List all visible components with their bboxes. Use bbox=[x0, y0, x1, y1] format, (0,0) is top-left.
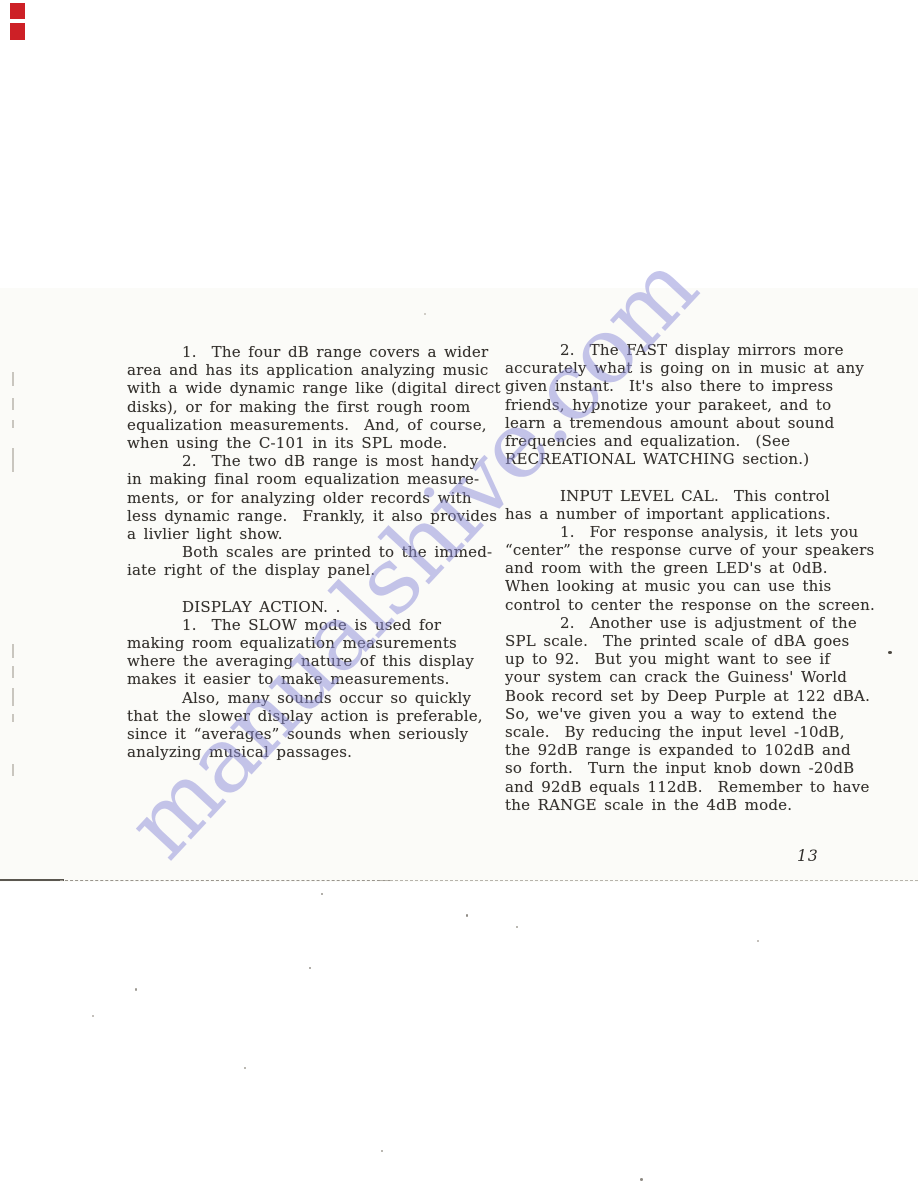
scan-edge-tick bbox=[12, 644, 14, 658]
text-line: up to 92. But you might want to see if bbox=[505, 650, 847, 668]
text-line: equalization measurements. And, of cours… bbox=[127, 416, 467, 434]
scan-speck bbox=[135, 988, 137, 991]
text-line: so forth. Turn the input knob down -20dB bbox=[505, 759, 847, 777]
text-line: 2. Another use is adjustment of the bbox=[505, 614, 847, 632]
scan-speck bbox=[321, 893, 323, 895]
scan-speck bbox=[244, 1067, 246, 1069]
left-text-column: 1. The four dB range covers a widerarea … bbox=[127, 343, 467, 761]
text-line: 1. The SLOW mode is used for bbox=[127, 616, 467, 634]
scan-edge-tick bbox=[12, 398, 14, 410]
text-line: accurately what is going on in music at … bbox=[505, 359, 847, 377]
red-registration-mark bbox=[10, 3, 25, 19]
page-number: 13 bbox=[797, 847, 819, 865]
scan-edge-tick bbox=[12, 372, 14, 386]
text-line: friends, hypnotize your parakeet, and to bbox=[505, 396, 847, 414]
text-line: since it “averages” sounds when seriousl… bbox=[127, 725, 467, 743]
scan-edge-tick bbox=[12, 666, 14, 678]
blank-line bbox=[505, 468, 847, 486]
scan-speck bbox=[424, 313, 426, 315]
scan-edge-tick bbox=[12, 764, 14, 776]
text-line: control to center the response on the sc… bbox=[505, 596, 847, 614]
right-text-column: 2. The FAST display mirrors moreaccurate… bbox=[505, 341, 847, 814]
text-line: frequencies and equalization. (See bbox=[505, 432, 847, 450]
scan-edge-tick bbox=[12, 420, 14, 428]
text-line: learn a tremendous amount about sound bbox=[505, 414, 847, 432]
text-line: RECREATIONAL WATCHING section.) bbox=[505, 450, 847, 468]
page-bottom-edge bbox=[0, 879, 64, 881]
text-line: When looking at music you can use this bbox=[505, 577, 847, 595]
scan-speck bbox=[309, 967, 311, 969]
scan-edge-tick bbox=[12, 714, 14, 722]
scan-edge-tick bbox=[12, 448, 14, 472]
text-line: INPUT LEVEL CAL. This control bbox=[505, 487, 847, 505]
text-line: with a wide dynamic range like (digital … bbox=[127, 379, 467, 397]
text-line: scale. By reducing the input level -10dB… bbox=[505, 723, 847, 741]
text-line: ments, or for analyzing older records wi… bbox=[127, 489, 467, 507]
text-line: less dynamic range. Frankly, it also pro… bbox=[127, 507, 467, 525]
scan-speck bbox=[381, 1150, 383, 1152]
text-line: Both scales are printed to the immed- bbox=[127, 543, 467, 561]
scan-speck bbox=[640, 1178, 643, 1181]
text-line: and 92dB equals 112dB. Remember to have bbox=[505, 778, 847, 796]
page-sheet: 1. The four dB range covers a widerarea … bbox=[0, 288, 918, 882]
text-line: where the averaging nature of this displ… bbox=[127, 652, 467, 670]
text-line: has a number of important applications. bbox=[505, 505, 847, 523]
scan-speck bbox=[516, 926, 518, 928]
text-line: disks), or for making the first rough ro… bbox=[127, 398, 467, 416]
scanned-manual-page: 1. The four dB range covers a widerarea … bbox=[0, 0, 918, 1188]
text-line: given instant. It's also there to impres… bbox=[505, 377, 847, 395]
blank-line bbox=[127, 579, 467, 597]
text-line: and room with the green LED's at 0dB. bbox=[505, 559, 847, 577]
scan-speck bbox=[92, 1015, 94, 1017]
text-line: 2. The FAST display mirrors more bbox=[505, 341, 847, 359]
text-line: making room equalization measurements bbox=[127, 634, 467, 652]
text-line: Book record set by Deep Purple at 122 dB… bbox=[505, 687, 847, 705]
text-line: your system can crack the Guiness' World bbox=[505, 668, 847, 686]
text-line: the RANGE scale in the 4dB mode. bbox=[505, 796, 847, 814]
scan-edge-tick bbox=[12, 688, 14, 706]
text-line: DISPLAY ACTION. . bbox=[127, 598, 467, 616]
text-line: in making final room equalization measur… bbox=[127, 470, 467, 488]
text-line: when using the C-101 in its SPL mode. bbox=[127, 434, 467, 452]
text-line: a livlier light show. bbox=[127, 525, 467, 543]
text-line: “center” the response curve of your spea… bbox=[505, 541, 847, 559]
scan-speck bbox=[466, 914, 468, 917]
page-bottom-edge bbox=[60, 880, 390, 881]
scan-speck bbox=[757, 940, 759, 942]
text-line: that the slower display action is prefer… bbox=[127, 707, 467, 725]
text-line: the 92dB range is expanded to 102dB and bbox=[505, 741, 847, 759]
text-line: analyzing musical passages. bbox=[127, 743, 467, 761]
text-line: area and has its application analyzing m… bbox=[127, 361, 467, 379]
text-line: 2. The two dB range is most handy bbox=[127, 452, 467, 470]
text-line: makes it easier to make measurements. bbox=[127, 670, 467, 688]
red-registration-mark bbox=[10, 23, 25, 40]
text-line: Also, many sounds occur so quickly bbox=[127, 689, 467, 707]
text-line: iate right of the display panel. bbox=[127, 561, 467, 579]
text-line: 1. The four dB range covers a wider bbox=[127, 343, 467, 361]
scan-speck bbox=[888, 651, 892, 654]
text-line: 1. For response analysis, it lets you bbox=[505, 523, 847, 541]
page-bottom-edge bbox=[380, 880, 918, 881]
text-line: SPL scale. The printed scale of dBA goes bbox=[505, 632, 847, 650]
text-line: So, we've given you a way to extend the bbox=[505, 705, 847, 723]
